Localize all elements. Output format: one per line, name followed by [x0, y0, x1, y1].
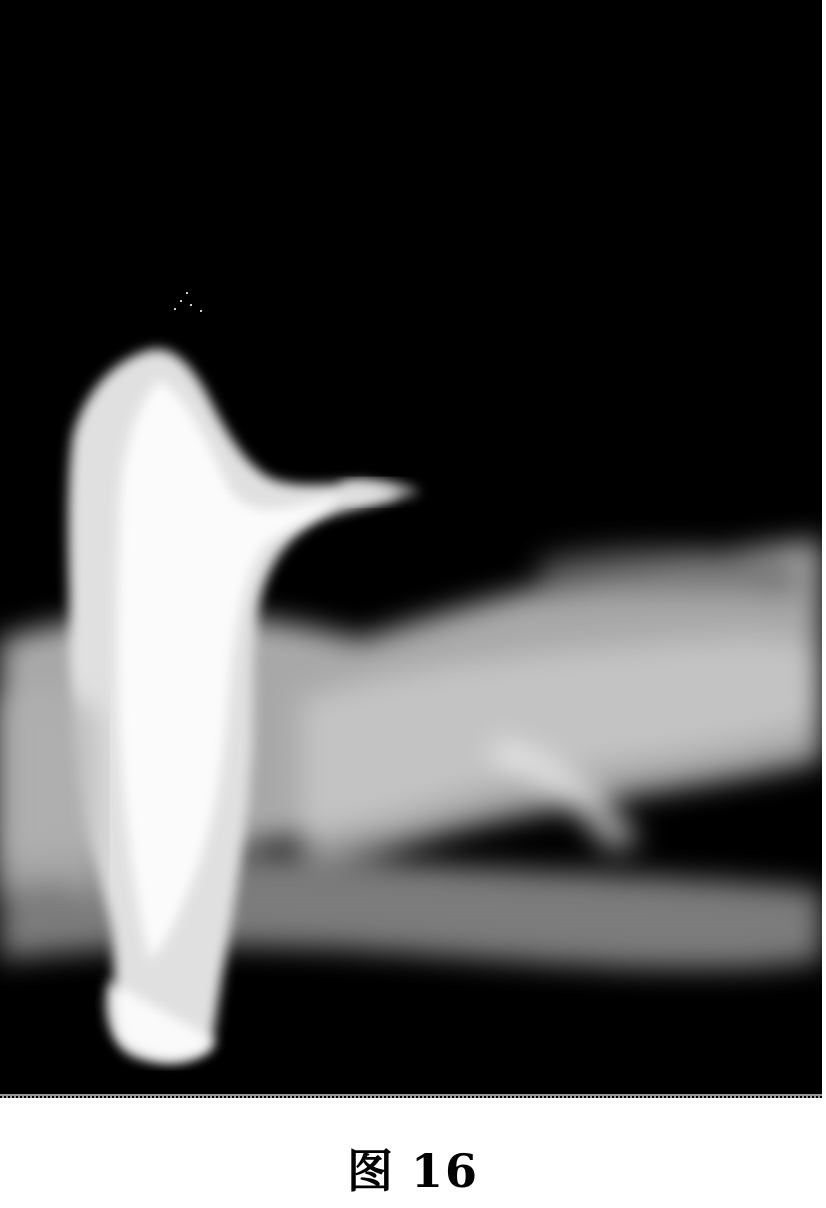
figure-caption: 图16	[0, 1148, 826, 1194]
figure-photo	[0, 0, 822, 1098]
figure-caption-number: 16	[411, 1144, 479, 1198]
figure-caption-prefix: 图	[347, 1144, 395, 1198]
halftone-photo-image	[0, 0, 822, 1098]
